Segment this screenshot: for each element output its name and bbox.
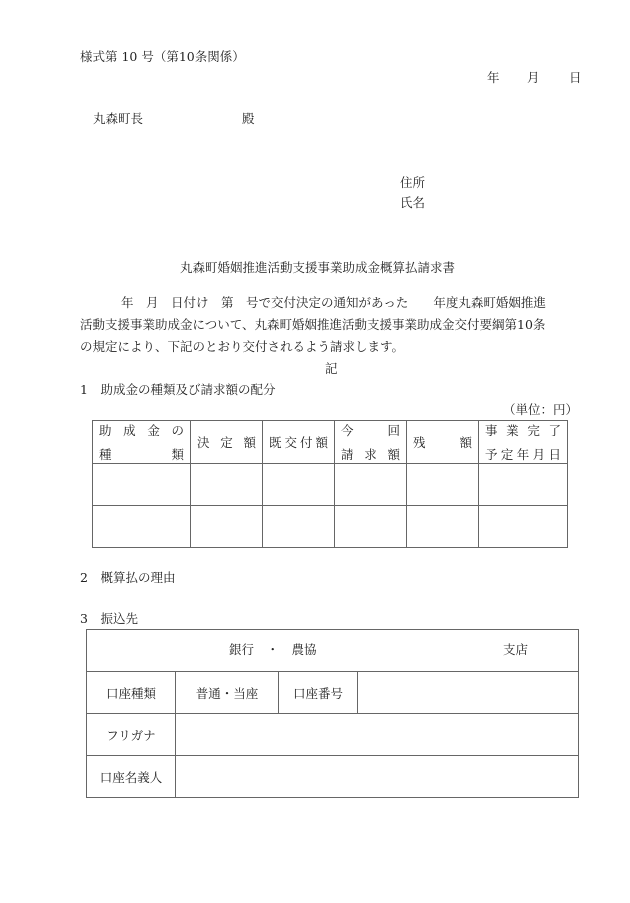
furigana-field[interactable] [176,714,579,756]
bank-label: 銀行 ・ 農協 [229,644,317,657]
body-line-3: の規定により、下記のとおり交付されるよう請求します。 [80,341,404,354]
col-header-current-request: 今回 請求額 [335,421,407,464]
furigana-label: フリガナ [87,714,176,756]
ki-label: 記 [325,363,338,376]
cell-current-request[interactable] [335,464,407,506]
section2-heading: 2 概算払の理由 [80,572,175,585]
cell-subsidy-type[interactable] [93,506,191,548]
col-header-decided-amount: 決定額 [191,421,263,464]
bank-row: 銀行 ・ 農協 支店 [87,630,579,672]
bank-transfer-table: 銀行 ・ 農協 支店 口座種類 普通・当座 口座番号 フリガナ 口座名義人 [86,629,579,798]
table-row [93,464,568,506]
document-title: 丸森町婚姻推進活動支援事業助成金概算払請求書 [180,262,455,275]
account-type-value[interactable]: 普通・当座 [176,672,279,714]
unit-label: （単位：円） [503,404,578,417]
cell-subsidy-type[interactable] [93,464,191,506]
date-day: 日 [569,72,582,85]
body-line-2: 活動支援事業助成金について、丸森町婚姻推進活動支援事業助成金交付要綱第10条 [80,319,545,332]
col-header-completion-date: 事業完了 予定年月日 [479,421,568,464]
section3-heading: 3 振込先 [80,613,138,626]
branch-label: 支店 [503,644,528,657]
section1-heading: 1 助成金の種類及び請求額の配分 [80,384,275,397]
account-number-field[interactable] [358,672,579,714]
allocation-header-row: 助成金の 種類 決定額 既交付額 今回 請求額 残額 事業完了 予定年月日 [93,421,568,464]
furigana-row: フリガナ [87,714,579,756]
account-type-label: 口座種類 [87,672,176,714]
account-holder-row: 口座名義人 [87,756,579,798]
body-line-1: 年 月 日付け 第 号で交付決定の通知があった 年度丸森町婚姻推進 [121,297,546,310]
col-header-subsidy-type: 助成金の 種類 [93,421,191,464]
cell-current-request[interactable] [335,506,407,548]
cell-completion-date[interactable] [479,506,568,548]
cell-decided-amount[interactable] [191,506,263,548]
form-number: 様式第 10 号（第10条関係） [80,51,245,64]
allocation-table: 助成金の 種類 決定額 既交付額 今回 請求額 残額 事業完了 予定年月日 [92,420,568,548]
cell-already-paid[interactable] [263,506,335,548]
name-label: 氏名 [400,197,425,210]
col-header-balance: 残額 [407,421,479,464]
cell-already-paid[interactable] [263,464,335,506]
date-month: 月 [527,72,540,85]
bank-cell[interactable]: 銀行 ・ 農協 支店 [87,630,579,672]
addressee-name: 丸森町長 [93,113,143,126]
account-number-label: 口座番号 [279,672,358,714]
table-row [93,506,568,548]
account-holder-label: 口座名義人 [87,756,176,798]
account-type-row: 口座種類 普通・当座 口座番号 [87,672,579,714]
col-header-already-paid: 既交付額 [263,421,335,464]
address-label: 住所 [400,177,425,190]
account-holder-field[interactable] [176,756,579,798]
cell-decided-amount[interactable] [191,464,263,506]
cell-balance[interactable] [407,464,479,506]
addressee-honorific: 殿 [242,113,255,126]
cell-balance[interactable] [407,506,479,548]
date-year: 年 [487,72,500,85]
cell-completion-date[interactable] [479,464,568,506]
